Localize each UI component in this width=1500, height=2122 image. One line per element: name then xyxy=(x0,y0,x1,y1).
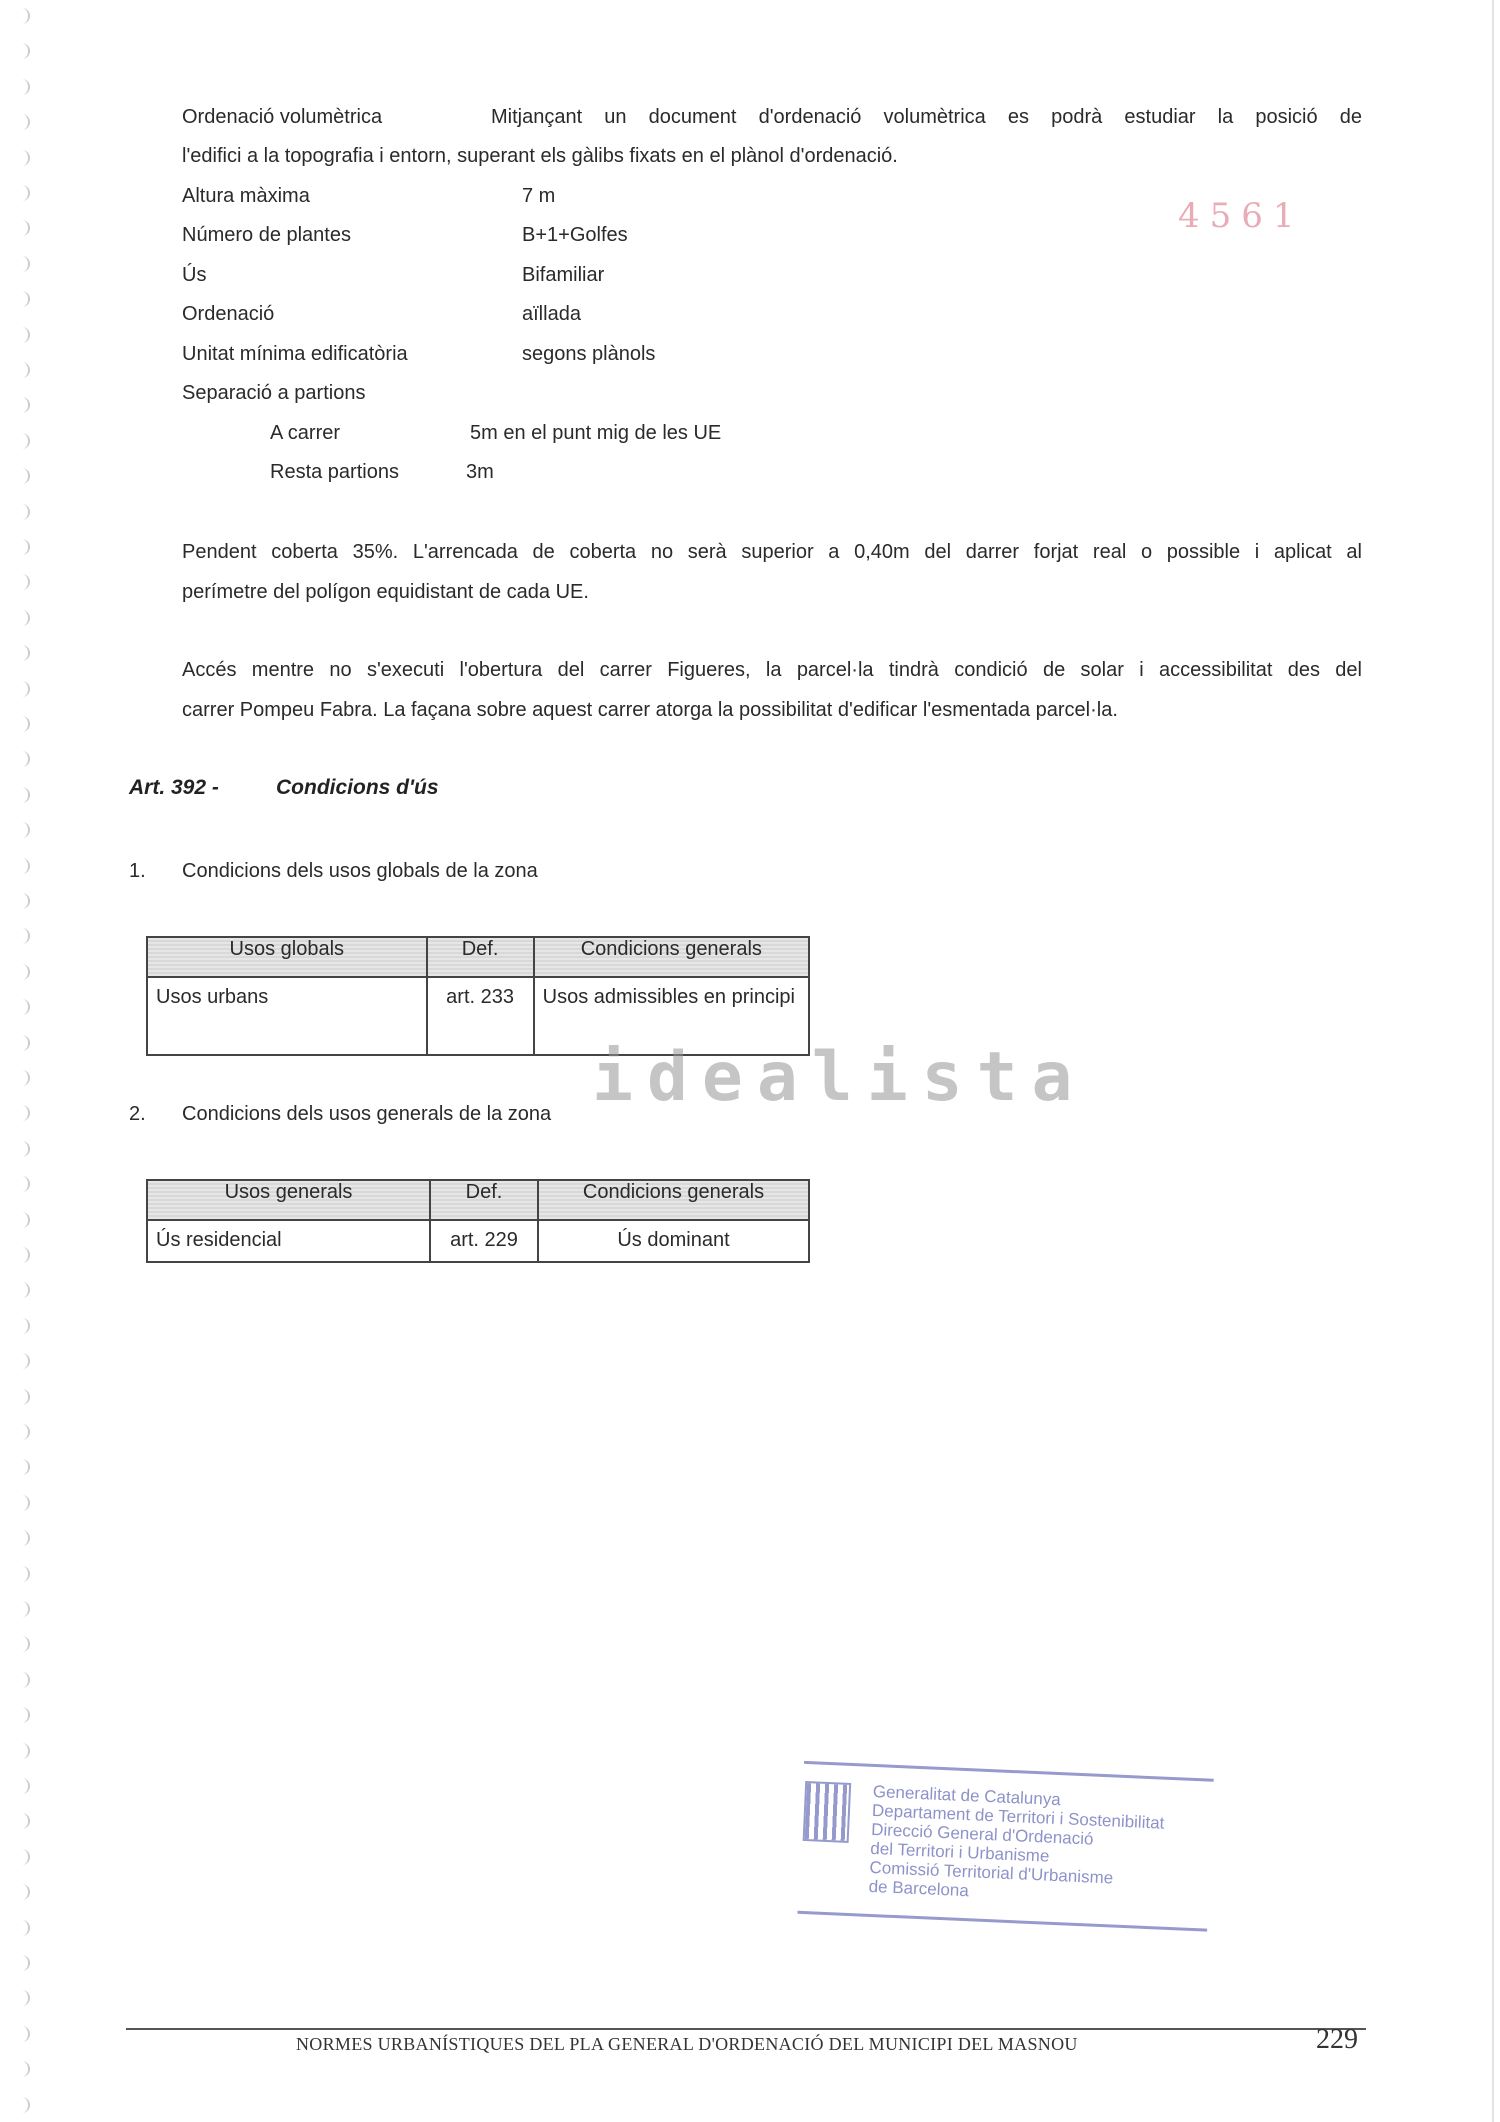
binding-ring-icon xyxy=(18,256,30,272)
binding-ring-icon xyxy=(18,1530,30,1546)
table-cell: art. 229 xyxy=(430,1220,538,1262)
table-header: Def. xyxy=(427,937,534,977)
section-number: 2. xyxy=(129,1102,146,1126)
param-label: Unitat mínima edificatòria xyxy=(182,342,408,366)
binding-ring-icon xyxy=(18,1035,30,1051)
footer-rule xyxy=(126,2028,1366,2030)
table-header: Def. xyxy=(430,1180,538,1220)
page-edge xyxy=(1492,0,1494,2122)
table-header: Condicions generals xyxy=(534,937,809,977)
section-title: Condicions dels usos globals de la zona xyxy=(182,859,538,883)
binding-ring-icon xyxy=(18,574,30,590)
binding-ring-icon xyxy=(18,433,30,449)
binding-ring-icon xyxy=(18,1990,30,2006)
document-page: Ordenació volumètrica Mitjançant un docu… xyxy=(0,0,1500,2122)
binding-ring-icon xyxy=(18,681,30,697)
paragraph-line: Accés mentre no s'executi l'obertura del… xyxy=(182,650,1362,690)
separation-value: 3m xyxy=(466,460,494,484)
binding-ring-icon xyxy=(18,999,30,1015)
table-header: Condicions generals xyxy=(538,1180,809,1220)
binding-ring-icon xyxy=(18,1672,30,1688)
paragraph-line: carrer Pompeu Fabra. La façana sobre aqu… xyxy=(182,690,1362,730)
param-label: Ús xyxy=(182,263,206,287)
binding-ring-icon xyxy=(18,1247,30,1263)
binding-ring-icon xyxy=(18,79,30,95)
binding-ring-icon xyxy=(18,1105,30,1121)
binding-ring-icon xyxy=(18,1849,30,1865)
page-number: 229 xyxy=(1316,2024,1358,2056)
binding-ring-icon xyxy=(18,964,30,980)
param-value: aïllada xyxy=(522,302,581,326)
binding-ring-icon xyxy=(18,2061,30,2077)
binding-ring-icon xyxy=(18,716,30,732)
binding-ring-icon xyxy=(18,1778,30,1794)
stamp-rule xyxy=(804,1761,1214,1782)
binding-ring-icon xyxy=(18,928,30,944)
separation-label: A carrer xyxy=(270,421,340,445)
separation-label: Resta partions xyxy=(270,460,399,484)
binding-ring-icon xyxy=(18,1884,30,1900)
binding-ring-icon xyxy=(18,822,30,838)
binding-ring-icon xyxy=(18,1955,30,1971)
binding-ring-icon xyxy=(18,114,30,130)
binding-ring-icon xyxy=(18,1636,30,1652)
binding-ring-icon xyxy=(18,185,30,201)
binding-ring-icon xyxy=(18,504,30,520)
param-value: segons plànols xyxy=(522,342,655,366)
binding-ring-icon xyxy=(18,645,30,661)
param-label: Separació a partions xyxy=(182,381,365,405)
article-title: Condicions d'ús xyxy=(276,776,439,800)
paragraph-pendent-coberta: Pendent coberta 35%. L'arrencada de cobe… xyxy=(182,532,1362,612)
table-header: Usos globals xyxy=(147,937,427,977)
paragraph-line: Pendent coberta 35%. L'arrencada de cobe… xyxy=(182,532,1362,572)
param-label: Número de plantes xyxy=(182,223,351,247)
param-value: 7 m xyxy=(522,184,555,208)
generalitat-approval-stamp: Generalitat de Catalunya Departament de … xyxy=(796,1761,1223,1959)
table-cell: art. 233 xyxy=(427,977,534,1055)
binding-ring-icon xyxy=(18,1707,30,1723)
binding-ring-icon xyxy=(18,468,30,484)
binding-rings xyxy=(0,0,60,2122)
stamp-text: Generalitat de Catalunya Departament de … xyxy=(868,1782,1165,1909)
binding-ring-icon xyxy=(18,1920,30,1936)
table-cell: Ús residencial xyxy=(147,1220,430,1262)
ordenacio-volumetrica-line2: l'edifici a la topografia i entorn, supe… xyxy=(182,144,898,168)
binding-ring-icon xyxy=(18,539,30,555)
binding-ring-icon xyxy=(18,858,30,874)
binding-ring-icon xyxy=(18,327,30,343)
usos-generals-table: Usos generals Def. Condicions generals Ú… xyxy=(146,1179,810,1263)
table-row: Ús residencial art. 229 Ús dominant xyxy=(147,1220,809,1262)
binding-ring-icon xyxy=(18,1424,30,1440)
section-title: Condicions dels usos generals de la zona xyxy=(182,1102,551,1126)
binding-ring-icon xyxy=(18,1495,30,1511)
binding-ring-icon xyxy=(18,2097,30,2113)
binding-ring-icon xyxy=(18,1282,30,1298)
section-number: 1. xyxy=(129,859,146,883)
generalitat-logo-icon xyxy=(803,1781,852,1843)
binding-ring-icon xyxy=(18,610,30,626)
binding-ring-icon xyxy=(18,787,30,803)
article-number: Art. 392 - xyxy=(129,776,219,800)
binding-ring-icon xyxy=(18,1459,30,1475)
paragraph-line: perímetre del polígon equidistant de cad… xyxy=(182,572,1362,612)
separation-value: 5m en el punt mig de les UE xyxy=(470,421,721,445)
param-value: Bifamiliar xyxy=(522,263,604,287)
table-header-row: Usos globals Def. Condicions generals xyxy=(147,937,809,977)
binding-ring-icon xyxy=(18,291,30,307)
binding-ring-icon xyxy=(18,8,30,24)
binding-ring-icon xyxy=(18,751,30,767)
binding-ring-icon xyxy=(18,1353,30,1369)
binding-ring-icon xyxy=(18,1743,30,1759)
paragraph-acces: Accés mentre no s'executi l'obertura del… xyxy=(182,650,1362,730)
binding-ring-icon xyxy=(18,1176,30,1192)
stamp-rule xyxy=(797,1911,1207,1932)
binding-ring-icon xyxy=(18,1212,30,1228)
ordenacio-volumetrica-label: Ordenació volumètrica xyxy=(182,105,382,129)
param-label: Altura màxima xyxy=(182,184,310,208)
param-value: B+1+Golfes xyxy=(522,223,628,247)
table-cell: Ús dominant xyxy=(538,1220,809,1262)
binding-ring-icon xyxy=(18,397,30,413)
binding-ring-icon xyxy=(18,1070,30,1086)
ordenacio-volumetrica-line1: Mitjançant un document d'ordenació volum… xyxy=(491,105,1362,129)
binding-ring-icon xyxy=(18,1141,30,1157)
table-header-row: Usos generals Def. Condicions generals xyxy=(147,1180,809,1220)
binding-ring-icon xyxy=(18,362,30,378)
param-label: Ordenació xyxy=(182,302,274,326)
binding-ring-icon xyxy=(18,1318,30,1334)
binding-ring-icon xyxy=(18,43,30,59)
table-header: Usos generals xyxy=(147,1180,430,1220)
binding-ring-icon xyxy=(18,2026,30,2042)
binding-ring-icon xyxy=(18,1813,30,1829)
binding-ring-icon xyxy=(18,1389,30,1405)
footer-title: NORMES URBANÍSTIQUES DEL PLA GENERAL D'O… xyxy=(296,2034,1078,2055)
binding-ring-icon xyxy=(18,1601,30,1617)
binding-ring-icon xyxy=(18,893,30,909)
binding-ring-icon xyxy=(18,150,30,166)
idealista-watermark: idealista xyxy=(592,1038,1086,1117)
table-cell: Usos urbans xyxy=(147,977,427,1055)
registry-stamp-number: 4561 xyxy=(1178,196,1305,236)
binding-ring-icon xyxy=(18,1566,30,1582)
binding-ring-icon xyxy=(18,220,30,236)
